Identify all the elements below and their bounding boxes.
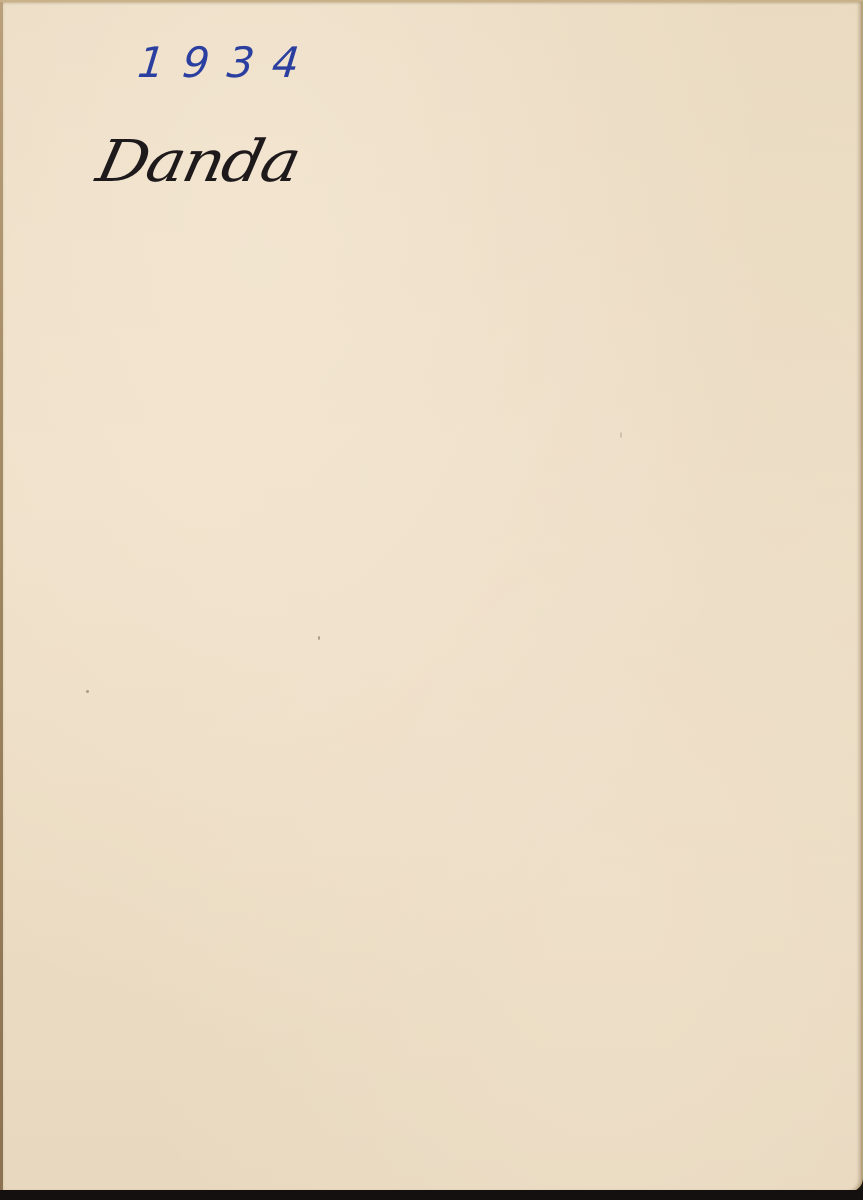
paper-speck (318, 636, 320, 640)
paper-speck (620, 432, 622, 438)
handwritten-year: 1934 (136, 42, 319, 84)
scan-background-edge (0, 1190, 863, 1200)
handwritten-name: Danda (92, 133, 304, 191)
paper-speck (86, 690, 89, 693)
card-left-edge (0, 2, 3, 1192)
photo-card-back: 1934 Danda (0, 0, 863, 1192)
